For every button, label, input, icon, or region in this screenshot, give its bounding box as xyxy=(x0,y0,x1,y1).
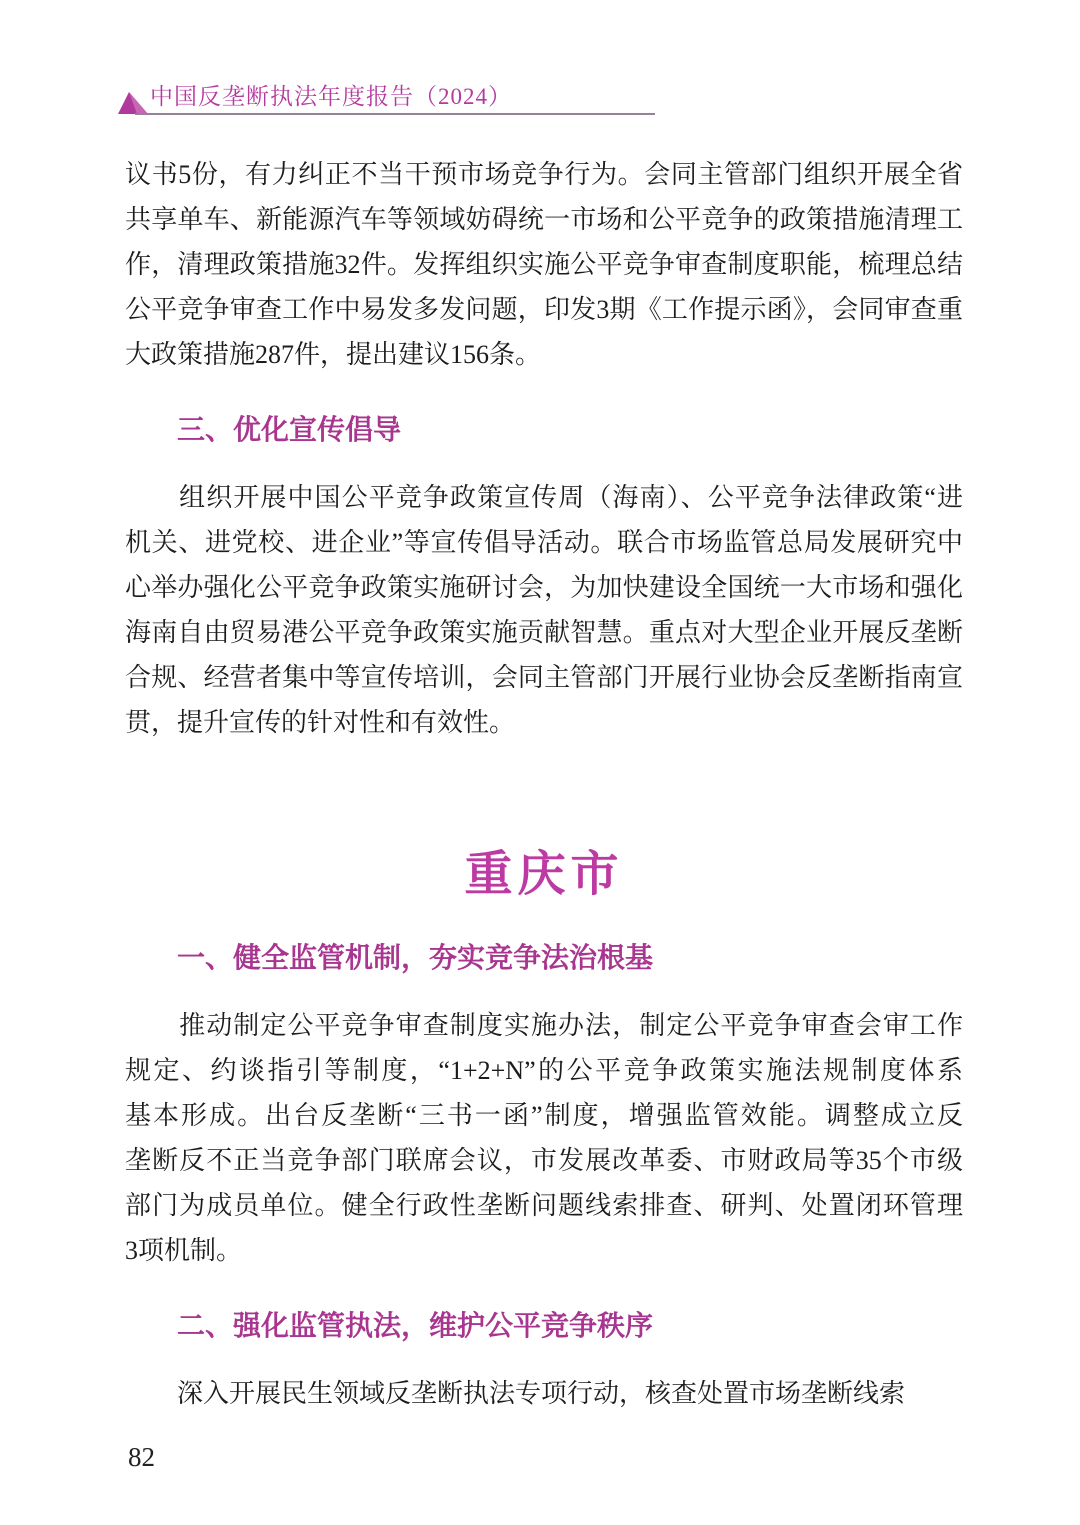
paragraph-line: 共享单车、新能源汽车等领域妨碍统一市场和公平竞争的政策措施清理工 xyxy=(125,197,963,242)
paragraph-line: 深入开展民生领域反垄断执法专项行动，核查处置市场垄断线索 xyxy=(125,1371,963,1416)
paragraph-line: 作，清理政策措施32件。发挥组织实施公平竞争审查制度职能，梳理总结 xyxy=(125,242,963,287)
paragraph-line: 心举办强化公平竞争政策实施研讨会，为加快建设全国统一大市场和强化 xyxy=(125,565,963,610)
page-content: 议书5份，有力纠正不当干预市场竞争行为。会同主管部门组织开展全省共享单车、新能源… xyxy=(125,152,963,1416)
paragraph-line: 机关、进党校、进企业”等宣传倡导活动。联合市场监管总局发展研究中 xyxy=(125,520,963,565)
paragraph-line: 3项机制。 xyxy=(125,1228,963,1273)
header-title: 中国反垄断执法年度报告（2024） xyxy=(150,84,512,110)
paragraph-line: 推动制定公平竞争审查制度实施办法，制定公平竞争审查会审工作 xyxy=(125,1003,963,1048)
paragraph-line: 议书5份，有力纠正不当干预市场竞争行为。会同主管部门组织开展全省 xyxy=(125,152,963,197)
paragraph-line: 公平竞争审查工作中易发多发问题，印发3期《工作提示函》，会同审查重 xyxy=(125,287,963,332)
paragraph-line: 贯，提升宣传的针对性和有效性。 xyxy=(125,700,963,745)
paragraph-line: 海南自由贸易港公平竞争政策实施贡献智慧。重点对大型企业开展反垄断 xyxy=(125,610,963,655)
body-paragraph: 议书5份，有力纠正不当干预市场竞争行为。会同主管部门组织开展全省共享单车、新能源… xyxy=(125,152,963,377)
body-paragraph: 推动制定公平竞争审查制度实施办法，制定公平竞争审查会审工作规定、约谈指引等制度，… xyxy=(125,1003,963,1273)
section-heading: 三、优化宣传倡导 xyxy=(177,415,963,447)
page-number: 82 xyxy=(128,1441,155,1473)
body-paragraph: 深入开展民生领域反垄断执法专项行动，核查处置市场垄断线索 xyxy=(125,1371,963,1416)
paragraph-line: 基本形成。出台反垄断“三书一函”制度，增强监管效能。调整成立反 xyxy=(125,1093,963,1138)
chapter-title: 重庆市 xyxy=(125,845,963,905)
section-heading: 一、健全监管机制，夯实竞争法治根基 xyxy=(177,943,963,975)
paragraph-line: 垄断反不正当竞争部门联席会议，市发展改革委、市财政局等35个市级 xyxy=(125,1138,963,1183)
triangle-marker-icon xyxy=(118,92,148,114)
paragraph-line: 大政策措施287件，提出建议156条。 xyxy=(125,332,963,377)
document-page: 中国反垄断执法年度报告（2024） 议书5份，有力纠正不当干预市场竞争行为。会同… xyxy=(0,0,1080,1525)
body-paragraph: 组织开展中国公平竞争政策宣传周（海南）、公平竞争法律政策“进机关、进党校、进企业… xyxy=(125,475,963,745)
paragraph-line: 组织开展中国公平竞争政策宣传周（海南）、公平竞争法律政策“进 xyxy=(125,475,963,520)
paragraph-line: 规定、约谈指引等制度，“1+2+N”的公平竞争政策实施法规制度体系 xyxy=(125,1048,963,1093)
header-rule xyxy=(135,113,655,115)
paragraph-line: 部门为成员单位。健全行政性垄断问题线索排查、研判、处置闭环管理 xyxy=(125,1183,963,1228)
paragraph-line: 合规、经营者集中等宣传培训，会同主管部门开展行业协会反垄断指南宣 xyxy=(125,655,963,700)
section-heading: 二、强化监管执法，维护公平竞争秩序 xyxy=(177,1311,963,1343)
